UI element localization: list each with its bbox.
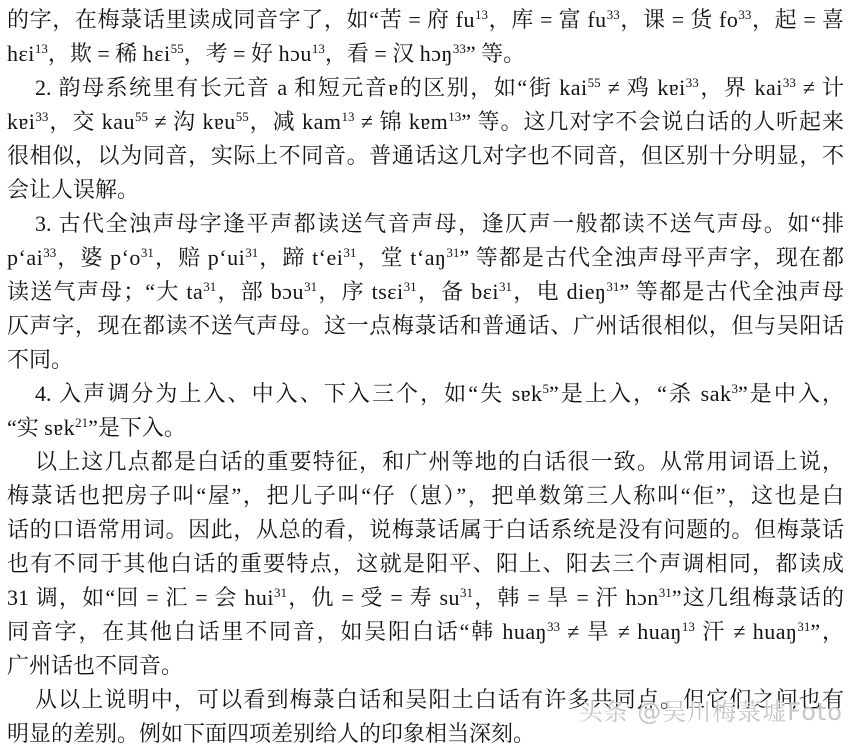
tone-superscript: 31 bbox=[499, 279, 512, 294]
text-run: 同音字，在其他白话里不同音，如吴阳白话“韩 bbox=[7, 619, 502, 644]
tone-superscript: 55 bbox=[236, 109, 249, 124]
tone-superscript: 33 bbox=[738, 7, 751, 22]
phonetic-run: kam13 bbox=[302, 109, 354, 134]
tone-superscript: 13 bbox=[475, 7, 488, 22]
phonetic-run: hɔŋ33 bbox=[420, 41, 466, 66]
tone-superscript: 33 bbox=[35, 109, 48, 124]
tone-superscript: 31 bbox=[343, 245, 356, 260]
text-run: ≠ 锦 bbox=[354, 109, 408, 134]
text-line: 仄声字，现在都读不送气声母。这一点梅菉话和普通话、广州话很相似，但与吴阳话 bbox=[7, 309, 844, 343]
phonetic-run: bεi31 bbox=[471, 279, 512, 304]
phonetic-run: sɐk21 bbox=[44, 415, 88, 440]
text-run: 读送气声母；“大 bbox=[7, 279, 186, 304]
text-run: ，蹄 bbox=[258, 245, 312, 270]
text-line: hεi13，欺 = 稀 hεi55，考 = 好 hɔu13，看 = 汉 hɔŋ3… bbox=[7, 37, 844, 71]
text-run: 广州话也不同音。 bbox=[7, 653, 183, 678]
text-run: ，界 bbox=[699, 75, 755, 100]
text-run: ，仇 = 受 = 寿 bbox=[287, 585, 439, 610]
text-run: ≠ 旱 ≠ bbox=[560, 619, 637, 644]
text-line: “实 sɐk21”是下入。 bbox=[7, 411, 844, 445]
text-run: ，库 = 富 bbox=[488, 7, 587, 32]
text-line: 不同。 bbox=[7, 343, 844, 377]
text-line: 以上这几点都是白话的重要特征，和广州等地的白话很一致。从常用词语上说， bbox=[7, 445, 844, 479]
text-line: 话的口语常用词。因此，从总的看，说梅菉话属于白话系统是没有问题的。但梅菉话 bbox=[7, 513, 844, 547]
text-run: ，堂 bbox=[356, 245, 410, 270]
phonetic-run: kɐi33 bbox=[7, 109, 48, 134]
text-run: 31 调，如“回 = 汇 = 会 bbox=[7, 585, 244, 610]
text-run: ，考 = 好 bbox=[184, 41, 279, 66]
phonetic-run: kɐi33 bbox=[657, 75, 698, 100]
phonetic-run: hui31 bbox=[244, 585, 287, 610]
document-page: 的字，在梅菉话里读成同音字了，如“苦 = 府 fu13，库 = 富 fu33，课… bbox=[0, 0, 851, 752]
tone-superscript: 33 bbox=[607, 7, 620, 22]
tone-superscript: 31 bbox=[203, 279, 216, 294]
phonetic-run: hεi55 bbox=[143, 41, 184, 66]
phonetic-run: pʻo31 bbox=[110, 245, 154, 270]
text-run: 不同。 bbox=[7, 347, 73, 372]
text-line: 31 调，如“回 = 汇 = 会 hui31，仇 = 受 = 寿 su31，韩 … bbox=[7, 581, 844, 615]
phonetic-run: pʻai33 bbox=[7, 245, 56, 270]
phonetic-run: hɔn31 bbox=[625, 585, 671, 610]
phonetic-run: su31 bbox=[439, 585, 473, 610]
text-run: ，序 bbox=[317, 279, 372, 304]
phonetic-run: kai55 bbox=[559, 75, 600, 100]
phonetic-run: sak3 bbox=[701, 381, 738, 406]
text-line: 读送气声母；“大 ta31，部 bɔu31，序 tsεi31，备 bεi31，电… bbox=[7, 275, 844, 309]
tone-superscript: 31 bbox=[245, 245, 258, 260]
text-line: 会让人误解。 bbox=[7, 173, 844, 207]
text-run: 以上这几点都是白话的重要特征，和广州等地的白话很一致。从常用词语上说， bbox=[35, 449, 844, 474]
tone-superscript: 21 bbox=[75, 415, 88, 430]
text-run: ，减 bbox=[249, 109, 302, 134]
text-run: ≠ 计 bbox=[796, 75, 844, 100]
text-run: ” 等都是古代全浊声母 bbox=[619, 279, 844, 304]
phonetic-run: sɐk5 bbox=[512, 381, 549, 406]
text-run: ，课 = 货 bbox=[620, 7, 719, 32]
text-run: ，婆 bbox=[56, 245, 110, 270]
text-run: 明显的差别。例如下面四项差别给人的印象相当深刻。 bbox=[7, 721, 535, 746]
text-line: 4. 入声调分为上入、中入、下入三个，如“失 sɐk5”是上入，“杀 sak3”… bbox=[7, 377, 844, 411]
phonetic-run: kɐm13 bbox=[409, 109, 461, 134]
text-run: ” 等。这几对字不会说白话的人听起来 bbox=[461, 109, 844, 134]
tone-superscript: 55 bbox=[171, 41, 184, 56]
tone-superscript: 31 bbox=[460, 585, 473, 600]
tone-superscript: 13 bbox=[682, 619, 695, 634]
tone-superscript: 31 bbox=[404, 279, 417, 294]
phonetic-run: ta31 bbox=[186, 279, 216, 304]
text-line: 2. 韵母系统里有长元音 a 和短元音ɐ的区别，如“街 kai55 ≠ 鸡 kɐ… bbox=[7, 71, 844, 105]
phonetic-run: kai33 bbox=[754, 75, 795, 100]
text-line: 很相似，以为同音，实际上不同音。普通话这几对字也不同音，但区别十分明显，不 bbox=[7, 139, 844, 173]
phonetic-run: dieŋ31 bbox=[567, 279, 620, 304]
text-line: 广州话也不同音。 bbox=[7, 649, 844, 683]
text-run: ”是中入， bbox=[738, 381, 844, 406]
phonetic-run: huaŋ13 bbox=[637, 619, 695, 644]
text-line: 也有不同于其他白话的重要特点，这就是阳平、阳上、阳去三个声调相同，都读成 bbox=[7, 547, 844, 581]
tone-superscript: 31 bbox=[274, 585, 287, 600]
text-run: ” 等都是古代全浊声母平声字，现在都 bbox=[459, 245, 844, 270]
tone-superscript: 31 bbox=[446, 245, 459, 260]
text-run: 梅菉话也把房子叫“屋”，把儿子叫“仔（崽）”，把单数第三人称叫“佢”，这也是白 bbox=[7, 483, 844, 508]
text-run: 话的口语常用词。因此，从总的看，说梅菉话属于白话系统是没有问题的。但梅菉话 bbox=[7, 517, 844, 542]
tone-superscript: 33 bbox=[783, 75, 796, 90]
text-run: ，看 = 汉 bbox=[325, 41, 420, 66]
text-run: “实 bbox=[7, 415, 44, 440]
text-run: 2. 韵母系统里有长元音 a 和短元音ɐ的区别，如“街 bbox=[35, 75, 559, 100]
text-run: ”是上入，“杀 bbox=[549, 381, 701, 406]
tone-superscript: 31 bbox=[659, 585, 672, 600]
phonetic-run: tsεi31 bbox=[372, 279, 417, 304]
text-run: ，备 bbox=[417, 279, 472, 304]
tone-superscript: 31 bbox=[141, 245, 154, 260]
text-line: 3. 古代全浊声母字逢平声都读送气音声母，逢仄声一般都读不送气声母。如“排 bbox=[7, 207, 844, 241]
text-run: 3. 古代全浊声母字逢平声都读送气音声母，逢仄声一般都读不送气声母。如“排 bbox=[35, 211, 844, 236]
tone-superscript: 13 bbox=[341, 109, 354, 124]
phonetic-run: tʻaŋ31 bbox=[410, 245, 459, 270]
text-run: 仄声字，现在都读不送气声母。这一点梅菉话和普通话、广州话很相似，但与吴阳话 bbox=[7, 313, 844, 338]
tone-superscript: 33 bbox=[686, 75, 699, 90]
phonetic-run: kau55 bbox=[102, 109, 148, 134]
text-run: 会让人误解。 bbox=[7, 177, 139, 202]
tone-superscript: 55 bbox=[588, 75, 601, 90]
text-run: ≠ 沟 bbox=[148, 109, 202, 134]
phonetic-run: fu13 bbox=[456, 7, 488, 32]
text-run: ≠ 鸡 bbox=[601, 75, 658, 100]
phonetic-run: fu33 bbox=[587, 7, 619, 32]
tone-superscript: 13 bbox=[35, 41, 48, 56]
tone-superscript: 55 bbox=[135, 109, 148, 124]
phonetic-run: kɐu55 bbox=[202, 109, 248, 134]
phonetic-run: fo33 bbox=[719, 7, 751, 32]
text-line: kɐi33，交 kau55 ≠ 沟 kɐu55，减 kam13 ≠ 锦 kɐm1… bbox=[7, 105, 844, 139]
text-run: ，欺 = 稀 bbox=[48, 41, 143, 66]
phonetic-run: hɔu13 bbox=[279, 41, 325, 66]
tone-superscript: 13 bbox=[448, 109, 461, 124]
text-run: ，赔 bbox=[154, 245, 208, 270]
text-run: 很相似，以为同音，实际上不同音。普通话这几对字也不同音，但区别十分明显，不 bbox=[7, 143, 844, 168]
text-run: ”是下入。 bbox=[88, 415, 186, 440]
text-run: ，部 bbox=[216, 279, 271, 304]
text-run: ”， bbox=[810, 619, 844, 644]
text-run: 的字，在梅菉话里读成同音字了，如“苦 = 府 bbox=[7, 7, 456, 32]
text-run: ，起 = 喜 bbox=[751, 7, 844, 32]
phonetic-run: hεi13 bbox=[7, 41, 48, 66]
tone-superscript: 31 bbox=[304, 279, 317, 294]
text-line: 的字，在梅菉话里读成同音字了，如“苦 = 府 fu13，库 = 富 fu33，课… bbox=[7, 3, 844, 37]
phonetic-run: huaŋ33 bbox=[502, 619, 560, 644]
text-run: ，电 bbox=[512, 279, 567, 304]
tone-superscript: 33 bbox=[43, 245, 56, 260]
phonetic-run: pʻui31 bbox=[208, 245, 258, 270]
watermark: 头条 @吴川梅菉墟Foto bbox=[579, 692, 843, 727]
tone-superscript: 33 bbox=[453, 41, 466, 56]
text-run: ，交 bbox=[48, 109, 101, 134]
text-line: 梅菉话也把房子叫“屋”，把儿子叫“仔（崽）”，把单数第三人称叫“佢”，这也是白 bbox=[7, 479, 844, 513]
phonetic-run: tʻei31 bbox=[312, 245, 356, 270]
document-body: 的字，在梅菉话里读成同音字了，如“苦 = 府 fu13，库 = 富 fu33，课… bbox=[7, 3, 844, 751]
text-run: 汗 ≠ bbox=[695, 619, 753, 644]
text-line: pʻai33，婆 pʻo31，赔 pʻui31，蹄 tʻei31，堂 tʻaŋ3… bbox=[7, 241, 844, 275]
phonetic-run: huaŋ31 bbox=[753, 619, 811, 644]
tone-superscript: 33 bbox=[547, 619, 560, 634]
phonetic-run: bɔu31 bbox=[271, 279, 317, 304]
tone-superscript: 13 bbox=[312, 41, 325, 56]
tone-superscript: 31 bbox=[606, 279, 619, 294]
text-run: ” 等。 bbox=[466, 41, 525, 66]
text-run: ”这几组梅菉话的 bbox=[672, 585, 844, 610]
text-run: 4. 入声调分为上入、中入、下入三个，如“失 bbox=[35, 381, 512, 406]
text-line: 同音字，在其他白话里不同音，如吴阳白话“韩 huaŋ33 ≠ 旱 ≠ huaŋ1… bbox=[7, 615, 844, 649]
text-run: 也有不同于其他白话的重要特点，这就是阳平、阳上、阳去三个声调相同，都读成 bbox=[7, 551, 844, 576]
tone-superscript: 31 bbox=[797, 619, 810, 634]
text-run: ，韩 = 旱 = 汗 bbox=[473, 585, 625, 610]
